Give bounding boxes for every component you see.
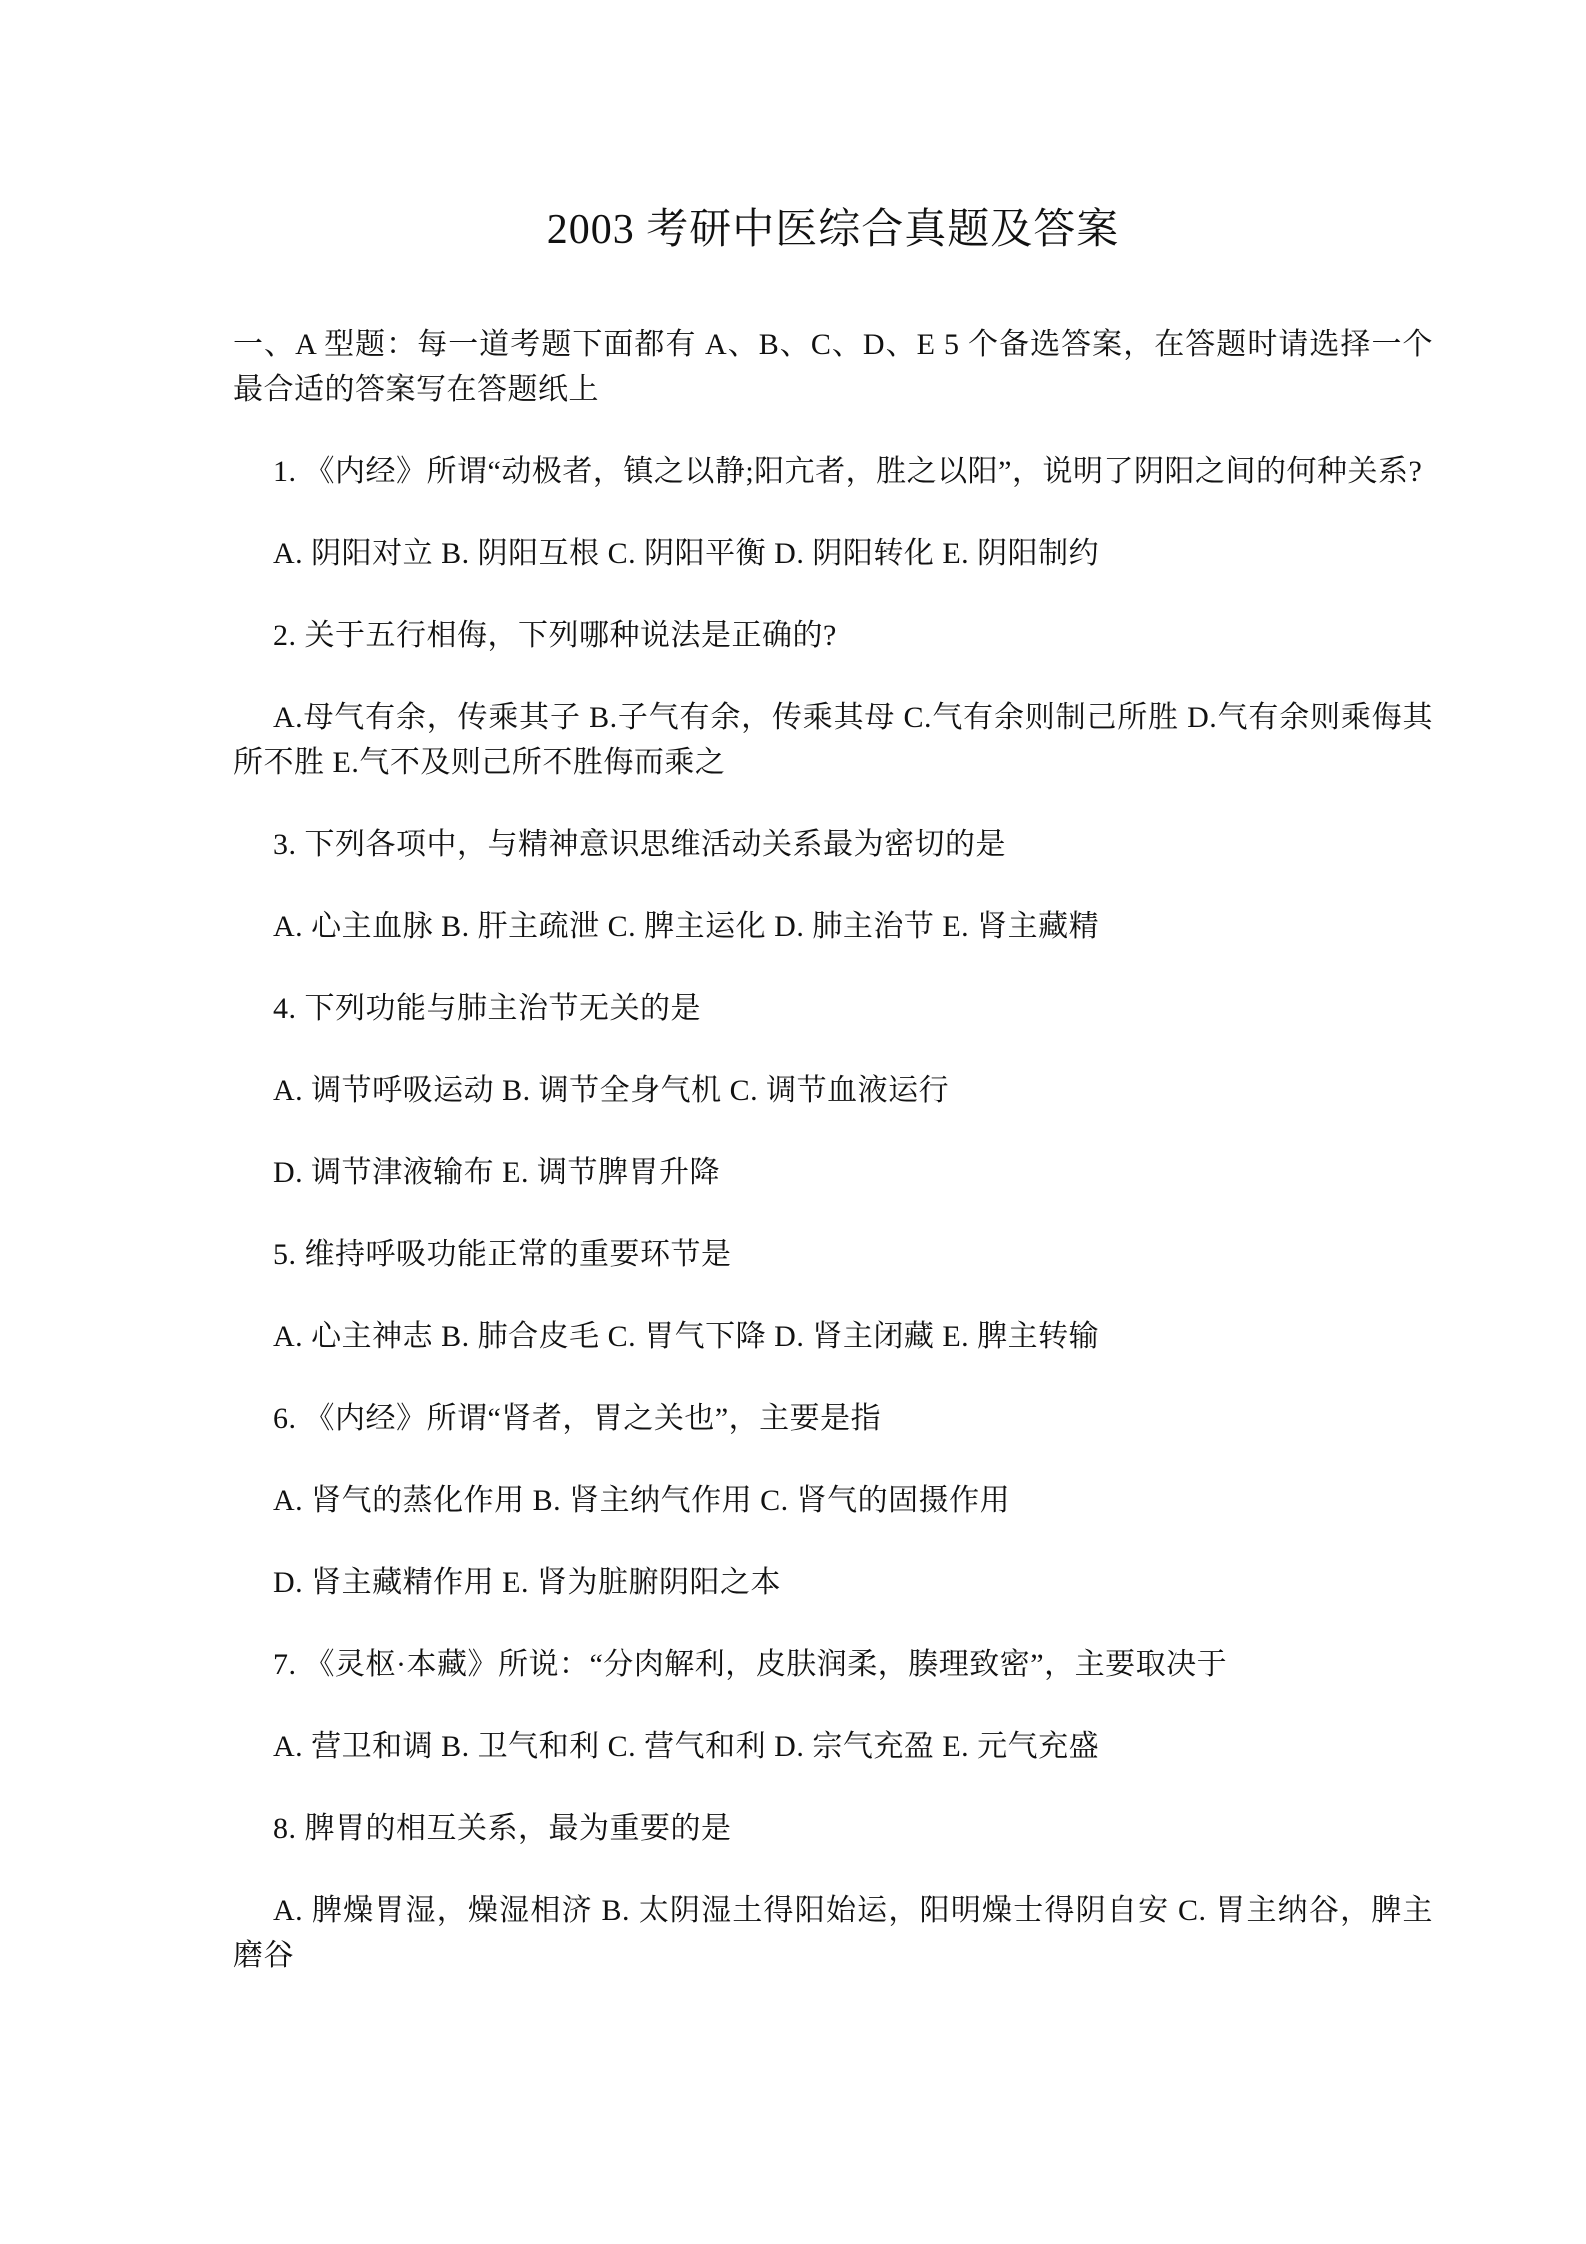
question-1-stem: 1. 《内经》所谓“动极者，镇之以静;阳亢者，胜之以阳”，说明了阴阳之间的何种关…: [233, 449, 1433, 494]
question-2-stem: 2. 关于五行相侮，下列哪种说法是正确的?: [233, 613, 1433, 658]
question-8-options: A. 脾燥胃湿，燥湿相济 B. 太阴湿土得阳始运，阳明燥士得阴自安 C. 胃主纳…: [233, 1888, 1433, 1978]
question-5-options: A. 心主神志 B. 肺合皮毛 C. 胃气下降 D. 肾主闭藏 E. 脾主转输: [233, 1314, 1433, 1359]
question-6-stem: 6. 《内经》所谓“肾者，胃之关也”，主要是指: [233, 1396, 1433, 1441]
question-6-options-line-2: D. 肾主藏精作用 E. 肾为脏腑阴阳之本: [233, 1560, 1433, 1605]
question-3-stem: 3. 下列各项中，与精神意识思维活动关系最为密切的是: [233, 822, 1433, 867]
question-5-stem: 5. 维持呼吸功能正常的重要环节是: [233, 1232, 1433, 1277]
question-4-stem: 4. 下列功能与肺主治节无关的是: [233, 986, 1433, 1031]
question-7-stem: 7. 《灵枢·本藏》所说：“分肉解利，皮肤润柔，腠理致密”，主要取决于: [233, 1642, 1433, 1687]
question-6-options-line-1: A. 肾气的蒸化作用 B. 肾主纳气作用 C. 肾气的固摄作用: [233, 1478, 1433, 1523]
document-title: 2003 考研中医综合真题及答案: [233, 206, 1433, 254]
question-7-options: A. 营卫和调 B. 卫气和利 C. 营气和利 D. 宗气充盈 E. 元气充盛: [233, 1724, 1433, 1769]
question-8-stem: 8. 脾胃的相互关系，最为重要的是: [233, 1806, 1433, 1851]
question-2-options: A.母气有余，传乘其子 B.子气有余，传乘其母 C.气有余则制己所胜 D.气有余…: [233, 695, 1433, 785]
document-page: 2003 考研中医综合真题及答案 一、A 型题：每一道考题下面都有 A、B、C、…: [0, 0, 1586, 2244]
question-4-options-line-2: D. 调节津液输布 E. 调节脾胃升降: [233, 1150, 1433, 1195]
question-4-options-line-1: A. 调节呼吸运动 B. 调节全身气机 C. 调节血液运行: [233, 1068, 1433, 1113]
question-3-options: A. 心主血脉 B. 肝主疏泄 C. 脾主运化 D. 肺主治节 E. 肾主藏精: [233, 904, 1433, 949]
question-1-options: A. 阴阳对立 B. 阴阳互根 C. 阴阳平衡 D. 阴阳转化 E. 阴阳制约: [233, 531, 1433, 576]
section-a-intro: 一、A 型题：每一道考题下面都有 A、B、C、D、E 5 个备选答案，在答题时请…: [233, 322, 1433, 412]
